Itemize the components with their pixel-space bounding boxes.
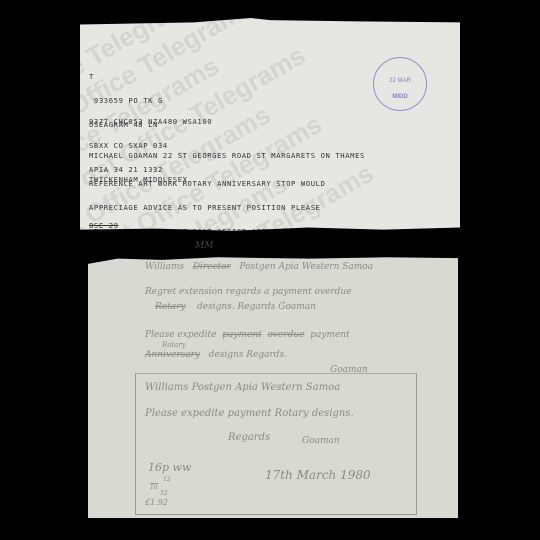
calc-1: 12 — [163, 476, 171, 483]
calc-3: 52 — [160, 490, 168, 497]
telegram-footer: OSE 29 OSEAGRAM 48 LN 933659 PO TK G — [89, 206, 163, 234]
cost-note: 16p ww — [148, 461, 191, 474]
postmark-stamp: 22 MAR MIDD — [373, 57, 427, 111]
handwritten-initials: MM — [195, 241, 213, 251]
telegram-form: Post Office Telegrams Post Office Telegr… — [80, 18, 460, 234]
draft-line-4: Please expedite payment overdue payment — [145, 330, 350, 340]
draft-line-5: Anniversary designs Regards. — [145, 350, 287, 360]
calc-2: 16 — [150, 483, 158, 491]
final-line-1: Williams Postgen Apia Western Samoa — [145, 382, 340, 393]
draft-insert: Rotary — [162, 341, 186, 349]
draft-line-1: Williams Director Postgen Apia Western S… — [145, 262, 373, 272]
final-signature: Goaman — [302, 436, 340, 446]
final-regards: Regards — [228, 432, 270, 443]
draft-line-3: Rotary designs. Regards Goaman — [155, 302, 316, 312]
total-cost: £1.92 — [145, 498, 168, 507]
final-draft-box — [135, 373, 417, 515]
draft-date: 17th March 1980 — [265, 468, 371, 482]
final-line-2: Please expedite payment Rotary designs. — [145, 408, 354, 419]
draft-line-2: Regret extension regards a payment overd… — [145, 287, 352, 297]
